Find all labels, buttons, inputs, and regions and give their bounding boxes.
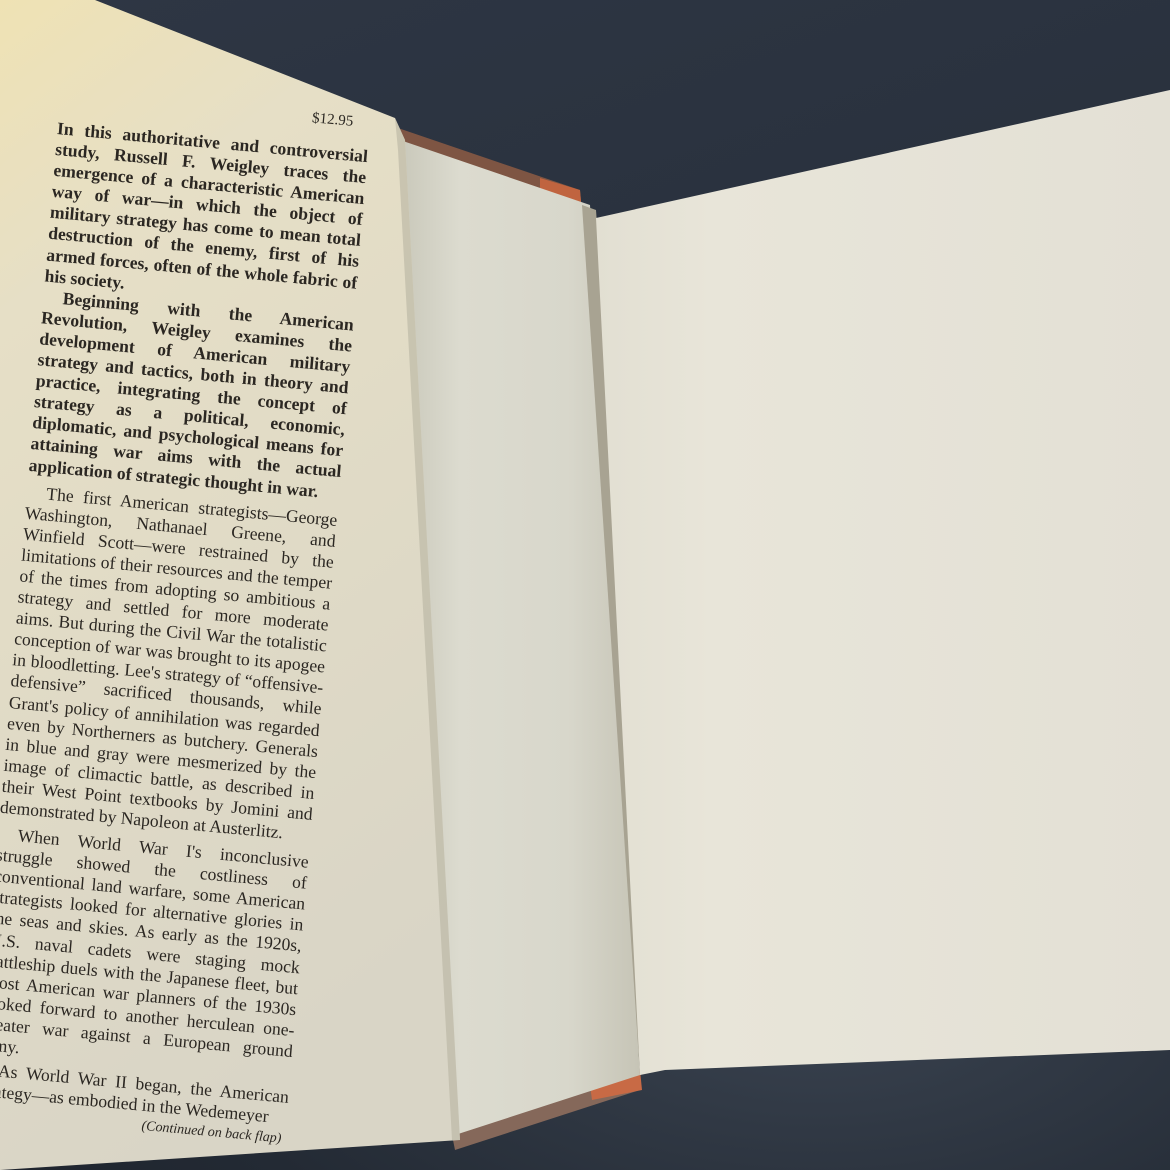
blurb-paragraph-4: When World War I's inconclusive struggle… bbox=[0, 824, 309, 1084]
right-endpaper bbox=[596, 90, 1170, 1075]
photo-scene: $12.95 In this authoritative and controv… bbox=[0, 0, 1170, 1170]
blurb-paragraph-1: In this authoritative and controversial … bbox=[44, 118, 369, 314]
blurb-paragraph-2: Beginning with the American Revolution, … bbox=[28, 286, 355, 503]
blurb-paragraph-3: The first American strategists—George Wa… bbox=[0, 481, 338, 846]
price-label: $12.95 bbox=[311, 110, 354, 131]
